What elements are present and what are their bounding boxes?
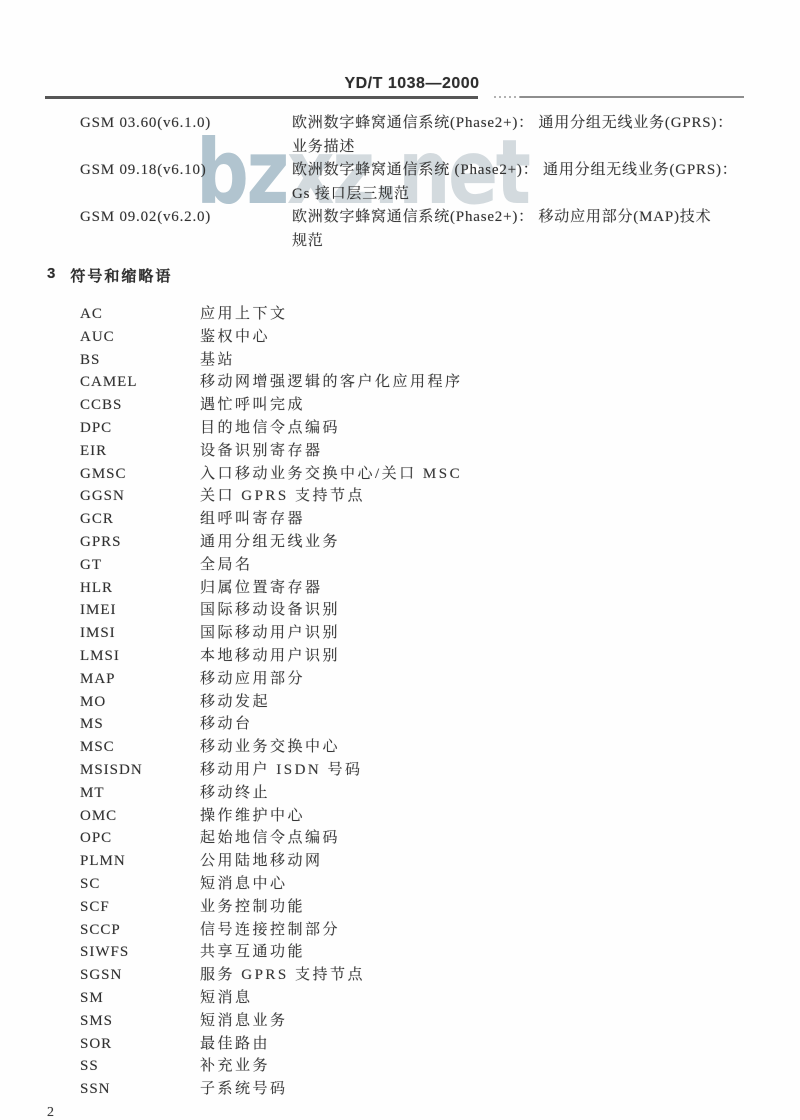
abbreviation-definition: 移动网增强逻辑的客户化应用程序 [200, 371, 740, 394]
abbreviation-row: BS 基站 [80, 349, 740, 372]
abbreviation-term: GT [80, 554, 200, 577]
abbreviation-row: IMSI 国际移动用户识别 [80, 622, 740, 645]
abbreviation-term: SMS [80, 1010, 200, 1033]
abbreviation-term: BS [80, 349, 200, 372]
abbreviation-definition: 全局名 [200, 554, 740, 577]
abbreviation-term: SSN [80, 1078, 200, 1101]
abbreviation-term: LMSI [80, 645, 200, 668]
abbreviation-definition: 遇忙呼叫完成 [200, 394, 740, 417]
abbreviation-definition: 短消息 [200, 987, 740, 1010]
abbreviation-term: AUC [80, 326, 200, 349]
abbreviation-term: AC [80, 303, 200, 326]
abbreviation-definition: 鉴权中心 [200, 326, 740, 349]
abbreviation-row: DPC 目的地信令点编码 [80, 417, 740, 440]
abbreviation-row: SCF 业务控制功能 [80, 896, 740, 919]
abbreviation-term: OPC [80, 827, 200, 850]
abbreviation-definition: 起始地信令点编码 [200, 827, 740, 850]
abbreviation-term: SIWFS [80, 941, 200, 964]
abbreviation-term: GPRS [80, 531, 200, 554]
header-rule-left [45, 96, 478, 99]
abbreviation-definition: 短消息中心 [200, 873, 740, 896]
abbreviation-definition: 目的地信令点编码 [200, 417, 740, 440]
abbreviation-definition: 公用陆地移动网 [200, 850, 740, 873]
abbreviation-definition: 本地移动用户识别 [200, 645, 740, 668]
abbreviation-definition: 应用上下文 [200, 303, 740, 326]
abbreviation-term: DPC [80, 417, 200, 440]
abbreviation-term: SC [80, 873, 200, 896]
abbreviation-definition: 信号连接控制部分 [200, 919, 740, 942]
abbreviation-definition: 组呼叫寄存器 [200, 508, 740, 531]
reference-code: GSM 09.02(v6.2.0) [80, 206, 292, 230]
abbreviation-definition: 短消息业务 [200, 1010, 740, 1033]
abbreviation-term: IMEI [80, 599, 200, 622]
abbreviation-row: OPC 起始地信令点编码 [80, 827, 740, 850]
abbreviation-row: SGSN 服务 GPRS 支持节点 [80, 964, 740, 987]
abbreviation-definition: 移动用户 ISDN 号码 [200, 759, 740, 782]
abbreviation-term: SGSN [80, 964, 200, 987]
abbreviation-row: PLMN 公用陆地移动网 [80, 850, 740, 873]
abbreviation-definition: 服务 GPRS 支持节点 [200, 964, 740, 987]
abbreviation-definition: 移动业务交换中心 [200, 736, 740, 759]
abbreviation-term: EIR [80, 440, 200, 463]
section-title: 符号和缩略语 [70, 265, 172, 286]
abbreviation-row: HLR 归属位置寄存器 [80, 577, 740, 600]
abbreviation-row: AC 应用上下文 [80, 303, 740, 326]
reference-line: 业务描述 [292, 136, 770, 160]
abbreviation-term: MSC [80, 736, 200, 759]
reference-line: 规范 [292, 230, 770, 254]
abbreviation-term: MAP [80, 668, 200, 691]
abbreviation-definition: 共享互通功能 [200, 941, 740, 964]
abbreviation-definition: 国际移动设备识别 [200, 599, 740, 622]
abbreviation-definition: 移动应用部分 [200, 668, 740, 691]
abbreviation-definition: 移动台 [200, 713, 740, 736]
abbreviation-row: SSN 子系统号码 [80, 1078, 740, 1101]
header-rule-dots [494, 96, 520, 98]
abbreviation-term: SOR [80, 1033, 200, 1056]
abbreviation-row: CAMEL 移动网增强逻辑的客户化应用程序 [80, 371, 740, 394]
abbreviation-row: GPRS 通用分组无线业务 [80, 531, 740, 554]
reference-code: GSM 03.60(v6.1.0) [80, 112, 292, 136]
abbreviation-definition: 操作维护中心 [200, 805, 740, 828]
reference-description: 欧洲数字蜂窝通信系统 (Phase2+)： 通用分组无线业务(GPRS)：Gs … [292, 159, 770, 206]
abbreviation-definition: 最佳路由 [200, 1033, 740, 1056]
abbreviation-list: AC 应用上下文 AUC 鉴权中心 BS 基站 CAMEL 移动网增强逻辑的客户… [80, 303, 740, 1101]
abbreviation-term: SS [80, 1055, 200, 1078]
abbreviation-term: GCR [80, 508, 200, 531]
abbreviation-row: GT 全局名 [80, 554, 740, 577]
abbreviation-row: MT 移动终止 [80, 782, 740, 805]
abbreviation-row: MSISDN 移动用户 ISDN 号码 [80, 759, 740, 782]
abbreviation-row: IMEI 国际移动设备识别 [80, 599, 740, 622]
abbreviation-term: SM [80, 987, 200, 1010]
abbreviation-definition: 移动发起 [200, 691, 740, 714]
abbreviation-row: GCR 组呼叫寄存器 [80, 508, 740, 531]
abbreviation-term: SCCP [80, 919, 200, 942]
section-heading: 3 符号和缩略语 [47, 265, 172, 286]
abbreviation-definition: 关口 GPRS 支持节点 [200, 485, 740, 508]
reference-code: GSM 09.18(v6.10) [80, 159, 292, 183]
abbreviation-term: HLR [80, 577, 200, 600]
abbreviation-term: CCBS [80, 394, 200, 417]
abbreviation-term: PLMN [80, 850, 200, 873]
reference-row: GSM 03.60(v6.1.0) 欧洲数字蜂窝通信系统(Phase2+)： 通… [80, 112, 770, 159]
abbreviation-term: SCF [80, 896, 200, 919]
reference-row: GSM 09.18(v6.10) 欧洲数字蜂窝通信系统 (Phase2+)： 通… [80, 159, 770, 206]
reference-line: Gs 接口层三规范 [292, 183, 770, 207]
abbreviation-row: SC 短消息中心 [80, 873, 740, 896]
abbreviation-row: MSC 移动业务交换中心 [80, 736, 740, 759]
abbreviation-term: MSISDN [80, 759, 200, 782]
abbreviation-definition: 移动终止 [200, 782, 740, 805]
abbreviation-definition: 子系统号码 [200, 1078, 740, 1101]
abbreviation-row: GGSN 关口 GPRS 支持节点 [80, 485, 740, 508]
reference-description: 欧洲数字蜂窝通信系统(Phase2+)： 移动应用部分(MAP)技术规范 [292, 206, 770, 253]
abbreviation-row: SS 补充业务 [80, 1055, 740, 1078]
abbreviation-term: OMC [80, 805, 200, 828]
abbreviation-row: SOR 最佳路由 [80, 1033, 740, 1056]
abbreviation-row: SCCP 信号连接控制部分 [80, 919, 740, 942]
abbreviation-definition: 业务控制功能 [200, 896, 740, 919]
abbreviation-term: CAMEL [80, 371, 200, 394]
abbreviation-row: SM 短消息 [80, 987, 740, 1010]
references-list: GSM 03.60(v6.1.0) 欧洲数字蜂窝通信系统(Phase2+)： 通… [80, 112, 770, 253]
reference-line: 欧洲数字蜂窝通信系统(Phase2+)： 通用分组无线业务(GPRS)： [292, 112, 770, 136]
abbreviation-term: MS [80, 713, 200, 736]
abbreviation-definition: 通用分组无线业务 [200, 531, 740, 554]
abbreviation-row: SIWFS 共享互通功能 [80, 941, 740, 964]
abbreviation-definition: 入口移动业务交换中心/关口 MSC [200, 463, 740, 486]
abbreviation-row: GMSC 入口移动业务交换中心/关口 MSC [80, 463, 740, 486]
reference-line: 欧洲数字蜂窝通信系统 (Phase2+)： 通用分组无线业务(GPRS)： [292, 159, 770, 183]
doc-number: YD/T 1038—2000 [12, 75, 800, 93]
header-rule-right [520, 96, 744, 98]
abbreviation-term: GGSN [80, 485, 200, 508]
page-number: 2 [47, 1105, 54, 1120]
abbreviation-term: MO [80, 691, 200, 714]
abbreviation-row: LMSI 本地移动用户识别 [80, 645, 740, 668]
abbreviation-definition: 补充业务 [200, 1055, 740, 1078]
abbreviation-definition: 国际移动用户识别 [200, 622, 740, 645]
abbreviation-row: EIR 设备识别寄存器 [80, 440, 740, 463]
abbreviation-definition: 归属位置寄存器 [200, 577, 740, 600]
abbreviation-row: MS 移动台 [80, 713, 740, 736]
document-page: bzxz.net YD/T 1038—2000 GSM 03.60(v6.1.0… [0, 0, 800, 1120]
abbreviation-row: AUC 鉴权中心 [80, 326, 740, 349]
reference-line: 欧洲数字蜂窝通信系统(Phase2+)： 移动应用部分(MAP)技术 [292, 206, 770, 230]
reference-row: GSM 09.02(v6.2.0) 欧洲数字蜂窝通信系统(Phase2+)： 移… [80, 206, 770, 253]
abbreviation-row: SMS 短消息业务 [80, 1010, 740, 1033]
abbreviation-row: CCBS 遇忙呼叫完成 [80, 394, 740, 417]
abbreviation-row: MO 移动发起 [80, 691, 740, 714]
abbreviation-term: GMSC [80, 463, 200, 486]
reference-description: 欧洲数字蜂窝通信系统(Phase2+)： 通用分组无线业务(GPRS)：业务描述 [292, 112, 770, 159]
abbreviation-row: OMC 操作维护中心 [80, 805, 740, 828]
abbreviation-definition: 基站 [200, 349, 740, 372]
abbreviation-term: IMSI [80, 622, 200, 645]
abbreviation-row: MAP 移动应用部分 [80, 668, 740, 691]
abbreviation-definition: 设备识别寄存器 [200, 440, 740, 463]
abbreviation-term: MT [80, 782, 200, 805]
section-number: 3 [47, 265, 55, 286]
